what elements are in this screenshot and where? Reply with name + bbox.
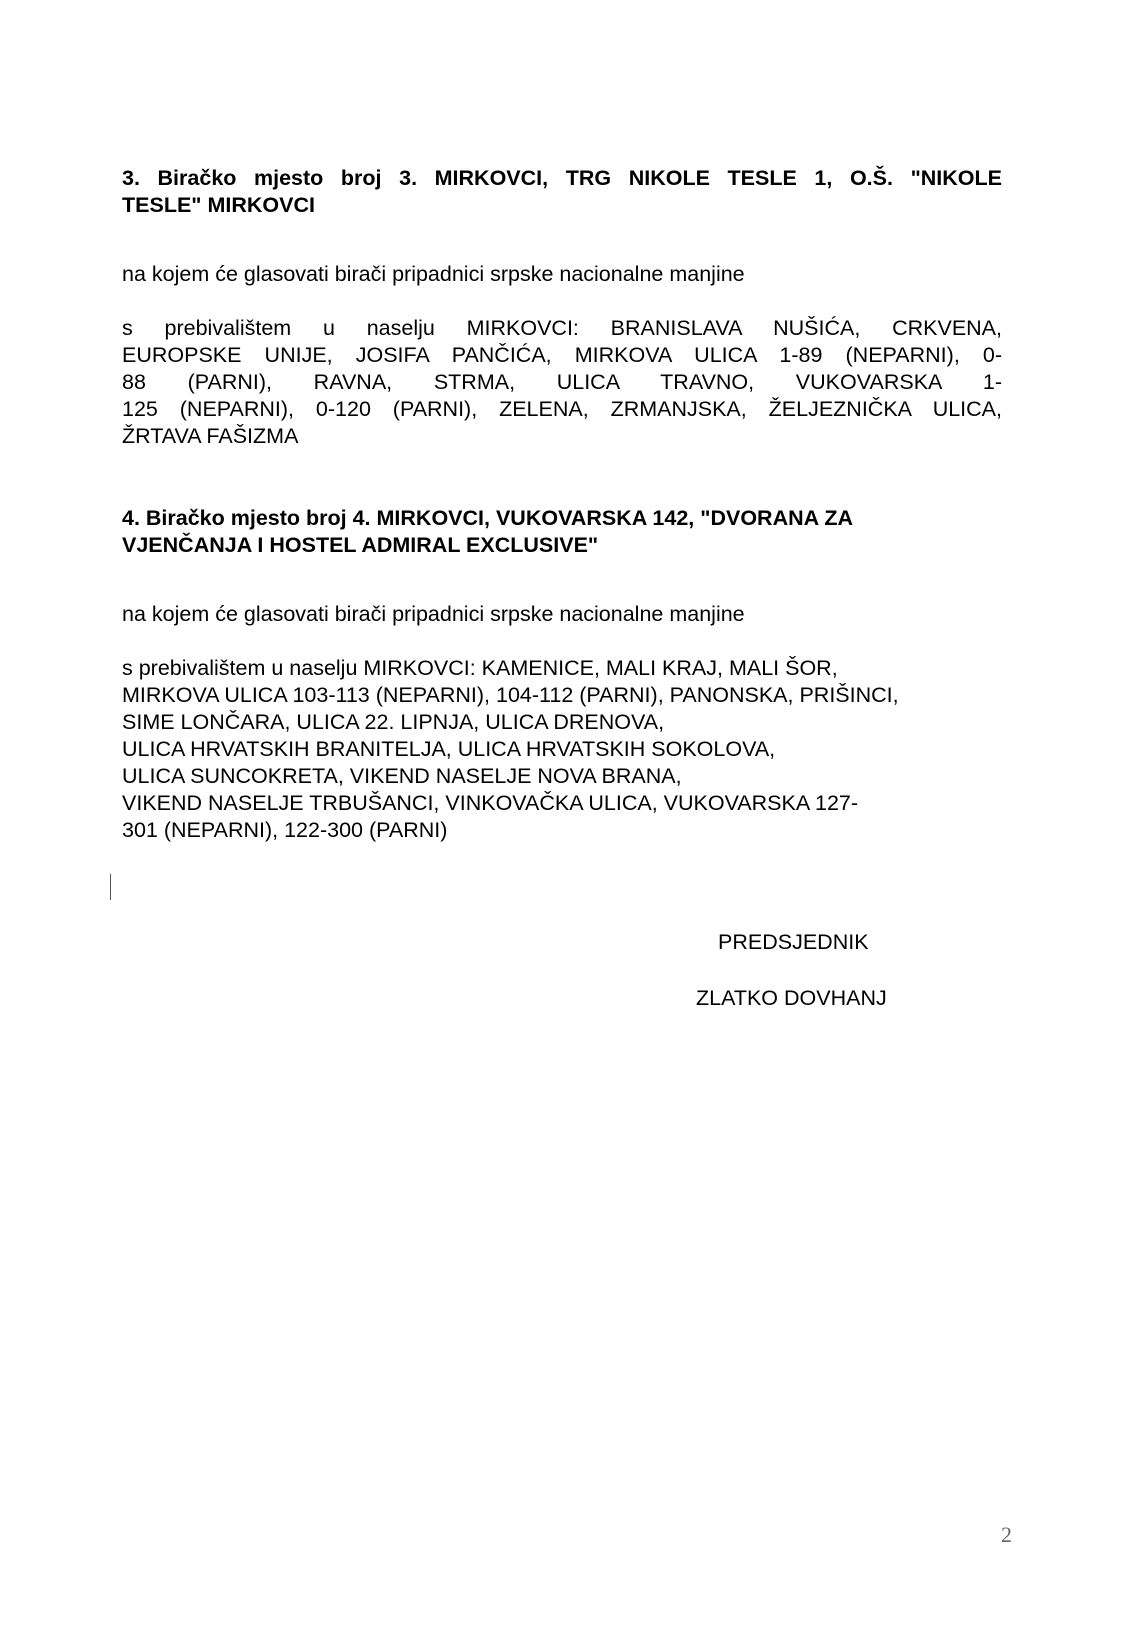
- address-line: 301 (NEPARNI), 122-300 (PARNI): [122, 817, 1002, 844]
- address-line: EUROPSKE UNIJE, JOSIFA PANČIĆA, MIRKOVA …: [122, 342, 1002, 369]
- polling-station-3-addresses: s prebivalištem u naselju MIRKOVCI: BRAN…: [122, 315, 1002, 450]
- address-line: s prebivalištem u naselju MIRKOVCI: BRAN…: [122, 315, 1002, 342]
- heading-line: VJENČANJA I HOSTEL ADMIRAL EXCLUSIVE": [122, 532, 1002, 559]
- polling-station-4-heading: 4. Biračko mjesto broj 4. MIRKOVCI, VUKO…: [122, 505, 1002, 559]
- polling-station-4-addresses: s prebivalištem u naselju MIRKOVCI: KAME…: [122, 655, 1002, 844]
- document-page: 3. Biračko mjesto broj 3. MIRKOVCI, TRG …: [0, 0, 1134, 1626]
- heading-line: 3. Biračko mjesto broj 3. MIRKOVCI, TRG …: [122, 165, 1002, 192]
- heading-line: 4. Biračko mjesto broj 4. MIRKOVCI, VUKO…: [122, 505, 1002, 532]
- polling-station-3-intro: na kojem će glasovati birači pripadnici …: [122, 261, 1002, 288]
- signature-name: ZLATKO DOVHANJ: [696, 985, 887, 1012]
- address-line: s prebivalištem u naselju MIRKOVCI: KAME…: [122, 655, 1002, 682]
- address-line: SIME LONČARA, ULICA 22. LIPNJA, ULICA DR…: [122, 709, 1002, 736]
- address-line: 88 (PARNI), RAVNA, STRMA, ULICA TRAVNO, …: [122, 369, 1002, 396]
- address-line: ULICA HRVATSKIH BRANITELJA, ULICA HRVATS…: [122, 736, 1002, 763]
- address-line: VIKEND NASELJE TRBUŠANCI, VINKOVAČKA ULI…: [122, 790, 1002, 817]
- address-line: ŽRTAVA FAŠIZMA: [122, 423, 1002, 450]
- address-line: MIRKOVA ULICA 103-113 (NEPARNI), 104-112…: [122, 682, 1002, 709]
- polling-station-4-intro: na kojem će glasovati birači pripadnici …: [122, 601, 1002, 628]
- page-number: 2: [1001, 1522, 1012, 1548]
- heading-line: TESLE" MIRKOVCI: [122, 192, 1002, 219]
- polling-station-3-heading: 3. Biračko mjesto broj 3. MIRKOVCI, TRG …: [122, 165, 1002, 219]
- address-line: 125 (NEPARNI), 0-120 (PARNI), ZELENA, ZR…: [122, 396, 1002, 423]
- text-cursor[interactable]: [110, 874, 111, 900]
- address-line: ULICA SUNCOKRETA, VIKEND NASELJE NOVA BR…: [122, 763, 1002, 790]
- signature-title: PREDSJEDNIK: [718, 929, 869, 956]
